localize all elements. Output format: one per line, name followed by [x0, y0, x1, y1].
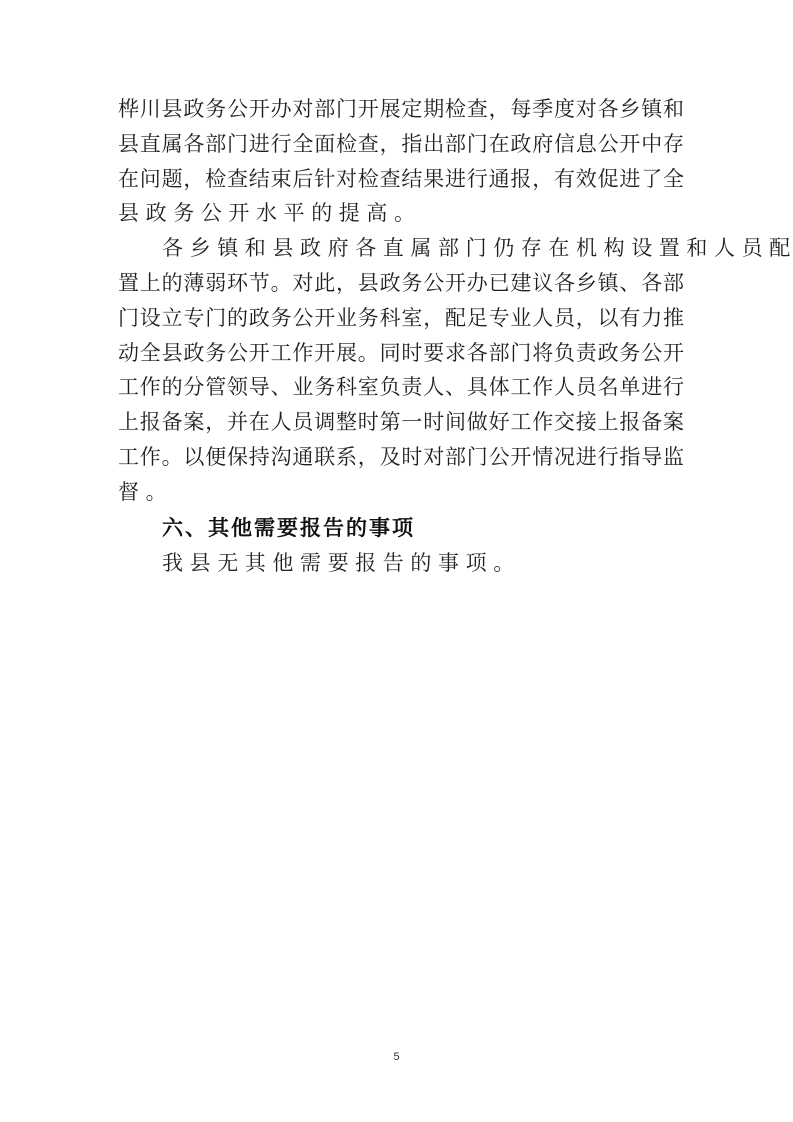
- text-line: 上报备案，并在人员调整时第一时间做好工作交接上报备案: [118, 405, 684, 440]
- text-line: 各乡镇和县政府各直属部门仍存在机构设置和人员配: [118, 231, 684, 266]
- text-line: 县政务公开水平的提高。: [118, 196, 684, 231]
- section-body: 我县无其他需要报告的事项。: [118, 546, 684, 581]
- paragraph-inspection: 桦川县政务公开办对部门开展定期检查，每季度对各乡镇和 县直属各部门进行全面检查，…: [118, 92, 684, 231]
- text-line: 县直属各部门进行全面检查，指出部门在政府信息公开中存: [118, 127, 684, 162]
- text-line: 督。: [118, 475, 684, 510]
- text-line: 工作。以便保持沟通联系，及时对部门公开情况进行指导监: [118, 440, 684, 475]
- document-body: 桦川县政务公开办对部门开展定期检查，每季度对各乡镇和 县直属各部门进行全面检查，…: [118, 92, 684, 580]
- text-line: 桦川县政务公开办对部门开展定期检查，每季度对各乡镇和: [118, 92, 684, 127]
- paragraph-weak-links: 各乡镇和县政府各直属部门仍存在机构设置和人员配 置上的薄弱环节。对此，县政务公开…: [118, 231, 684, 509]
- text-line: 工作的分管领导、业务科室负责人、具体工作人员名单进行: [118, 370, 684, 405]
- document-page: 桦川县政务公开办对部门开展定期检查，每季度对各乡镇和 县直属各部门进行全面检查，…: [0, 0, 793, 1122]
- text-line: 动全县政务公开工作开展。同时要求各部门将负责政务公开: [118, 336, 684, 371]
- text-line: 置上的薄弱环节。对此，县政务公开办已建议各乡镇、各部: [118, 266, 684, 301]
- section-heading: 六、其他需要报告的事项: [118, 510, 684, 546]
- text-line: 在问题，检查结束后针对检查结果进行通报，有效促进了全: [118, 162, 684, 197]
- text-line: 门设立专门的政务公开业务科室，配足专业人员，以有力推: [118, 301, 684, 336]
- page-number: 5: [0, 1051, 793, 1063]
